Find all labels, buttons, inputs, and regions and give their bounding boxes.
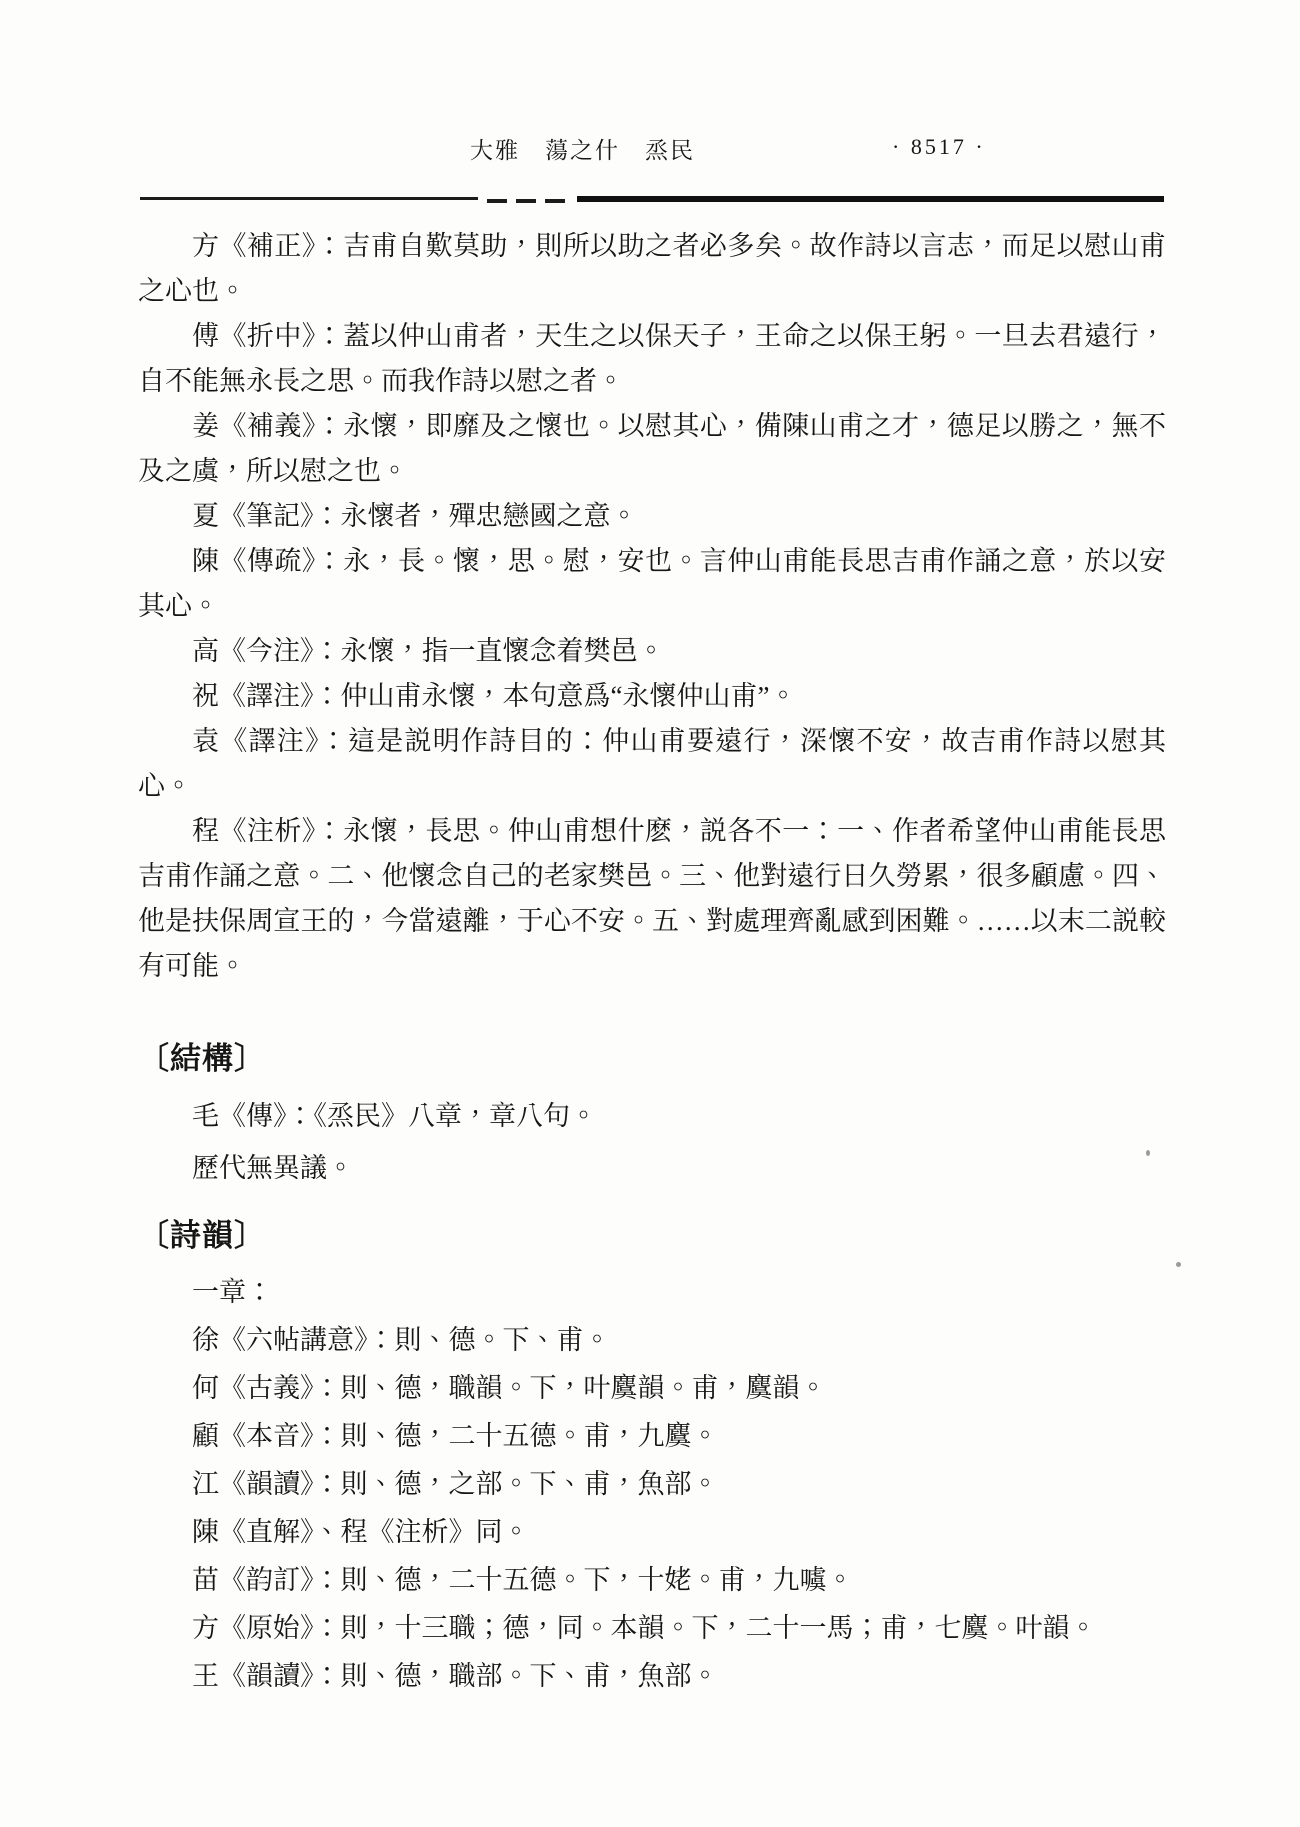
section-line: 歷代無異議。 — [138, 1142, 1166, 1194]
section-heading-structure: 〔結構〕 — [138, 1033, 266, 1078]
section-line: 江《韻讀》：則、德，之部。下、甫，魚部。 — [138, 1460, 1166, 1508]
commentary-paragraph: 姜《補義》：永懷，即靡及之懷也。以慰其心，備陳山甫之才，德足以勝之，無不及之虞，… — [138, 404, 1166, 494]
commentary-block: 方《補正》：吉甫自歎莫助，則所以助之者必多矣。故作詩以言志，而足以慰山甫之心也。… — [138, 224, 1166, 989]
scan-speck — [1176, 1262, 1181, 1267]
section-line: 何《古義》：則、德，職韻。下，叶麌韻。甫，麌韻。 — [138, 1364, 1166, 1412]
section-line: 陳《直解》、程《注析》同。 — [138, 1508, 1166, 1556]
section-line: 毛《傳》：《烝民》八章，章八句。 — [138, 1090, 1166, 1142]
header-rule-dash — [487, 199, 507, 203]
commentary-paragraph: 袁《譯注》：這是説明作詩目的：仲山甫要遠行，深懷不安，故吉甫作詩以慰其心。 — [138, 719, 1166, 809]
commentary-paragraph: 夏《筆記》：永懷者，殫忠戀國之意。 — [138, 494, 1166, 539]
commentary-paragraph: 程《注析》：永懷，長思。仲山甫想什麽，説各不一：一、作者希望仲山甫能長思吉甫作誦… — [138, 809, 1166, 989]
section-line: 顧《本音》：則、德，二十五德。甫，九麌。 — [138, 1412, 1166, 1460]
commentary-paragraph: 陳《傳疏》：永，長。懷，思。慰，安也。言仲山甫能長思吉甫作誦之意，於以安其心。 — [138, 539, 1166, 629]
header-rule-dash — [516, 199, 536, 203]
section-line: 方《原始》：則，十三職；德，同。本韻。下，二十一馬；甫，七麌。叶韻。 — [138, 1604, 1166, 1652]
header-rule-left-segment — [140, 197, 478, 200]
section-line: 苗《韵訂》：則、德，二十五德。下，十姥。甫，九噳。 — [138, 1556, 1166, 1604]
section-line: 徐《六帖講意》：則、德。下、甫。 — [138, 1316, 1166, 1364]
section-heading-rhyme: 〔詩韻〕 — [138, 1210, 266, 1255]
section-line: 王《韻讀》：則、德，職部。下、甫，魚部。 — [138, 1652, 1166, 1700]
commentary-paragraph: 方《補正》：吉甫自歎莫助，則所以助之者必多矣。故作詩以言志，而足以慰山甫之心也。 — [138, 224, 1166, 314]
commentary-paragraph: 傅《折中》：蓋以仲山甫者，天生之以保天子，王命之以保王躬。一旦去君遠行，自不能無… — [138, 314, 1166, 404]
page-number: · 8517 · — [892, 134, 986, 160]
section-line: 一章： — [138, 1268, 1166, 1316]
header-rule-dash — [545, 199, 565, 203]
commentary-paragraph: 高《今注》：永懷，指一直懷念着樊邑。 — [138, 629, 1166, 674]
scan-speck — [1146, 1150, 1150, 1156]
commentary-paragraph: 祝《譯注》：仲山甫永懷，本句意爲“永懷仲山甫”。 — [138, 674, 1166, 719]
book-page: 大雅 蕩之什 烝民 · 8517 · 方《補正》：吉甫自歎莫助，則所以助之者必多… — [0, 0, 1300, 1827]
header-rule-right-segment — [577, 196, 1164, 202]
running-head: 大雅 蕩之什 烝民 · 8517 · — [140, 132, 1166, 166]
section-structure-lines: 毛《傳》：《烝民》八章，章八句。 歷代無異議。 — [138, 1090, 1166, 1194]
chapter-title: 大雅 蕩之什 烝民 — [470, 132, 695, 165]
section-rhyme-lines: 一章： 徐《六帖講意》：則、德。下、甫。 何《古義》：則、德，職韻。下，叶麌韻。… — [138, 1268, 1166, 1700]
